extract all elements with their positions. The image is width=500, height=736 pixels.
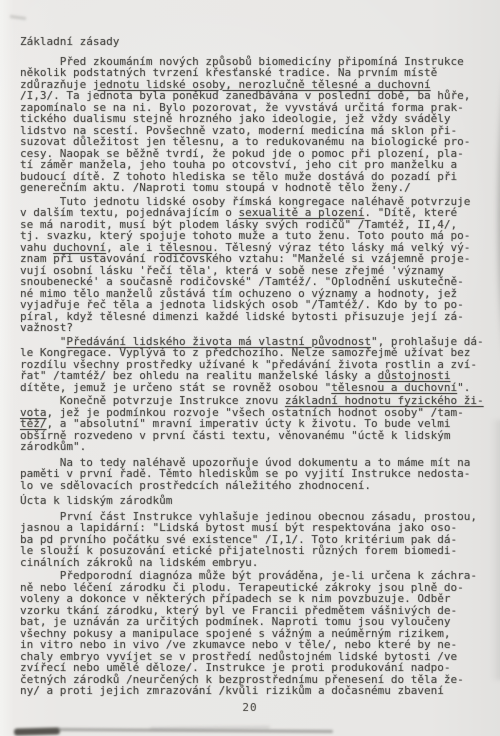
text-segment: cinálních zákroků na lidském embryu. [20,556,258,569]
text-line: cinálních zákroků na lidském embryu. [20,557,486,569]
text-segment: Úcta k lidským zárodkům [20,494,172,507]
text-line: Úcta k lidským zárodkům [20,495,486,507]
paragraph-4: Konečně potvrzuje Instrukce znovu základ… [20,395,486,453]
text-segment: dítěte, jemuž je určeno stát se rovněž o… [20,381,331,394]
page-title: Základní zásady [20,36,486,48]
paragraph-5: Na to tedy naléhavě upozorňuje úvod doku… [20,457,486,492]
paragraph-1: Před zkoumáním nových způsobů biomedicín… [20,56,486,194]
text-segment: važnost? [20,321,73,334]
text-segment: zárodkům". [20,440,86,453]
text-segment: ". [457,381,470,394]
text-line: generečním aktu. /Naproti tomu stoupá v … [20,182,486,194]
section-heading: Úcta k lidským zárodkům [20,495,486,507]
text-line: važnost? [20,322,486,334]
underlined-text: tělesnou a duchovní [331,381,457,394]
text-segment: generečním aktu. /Naproti tomu stoupá v … [20,181,411,194]
paragraph-3: "Předávání lidského života má vlastní pů… [20,336,486,394]
text-line: dítěte, jemuž je určeno stát se rovněž o… [20,382,486,394]
text-line: lo ve sdělovacích prostředcích náležitéh… [20,480,486,492]
text-segment: píral, když tělesné dimenzi každé lidské… [20,310,464,323]
scan-shadow-right-lower [491,420,500,680]
text-segment: Základní zásady [20,35,119,48]
text-segment: lo ve sdělovacích prostředcích náležitéh… [20,479,371,492]
text-line: zárodkům". [20,441,486,453]
text-line: obšírně rozvedeno v první části textu, v… [20,430,486,442]
paragraph-6: První část Instrukce vyhlašuje jedinou o… [20,511,486,569]
paragraph-2: Tuto jednotu lidské osoby římská kongreg… [20,196,486,334]
text-line: Základní zásady [20,36,486,48]
document-text: Základní zásady Před zkoumáním nových zp… [20,36,486,699]
text-line: píral, když tělesné dimenzi každé lidské… [20,311,486,323]
page-number: 20 [20,701,480,714]
scan-mark-bottom-left [14,727,60,735]
text-line: ny/ a proti jejich zmrazování /kvůli riz… [20,685,486,697]
text-segment: ny/ a proti jejich zmrazování /kvůli riz… [20,684,444,697]
paragraph-7: Předporodní diagnóza může být prováděna,… [20,570,486,697]
